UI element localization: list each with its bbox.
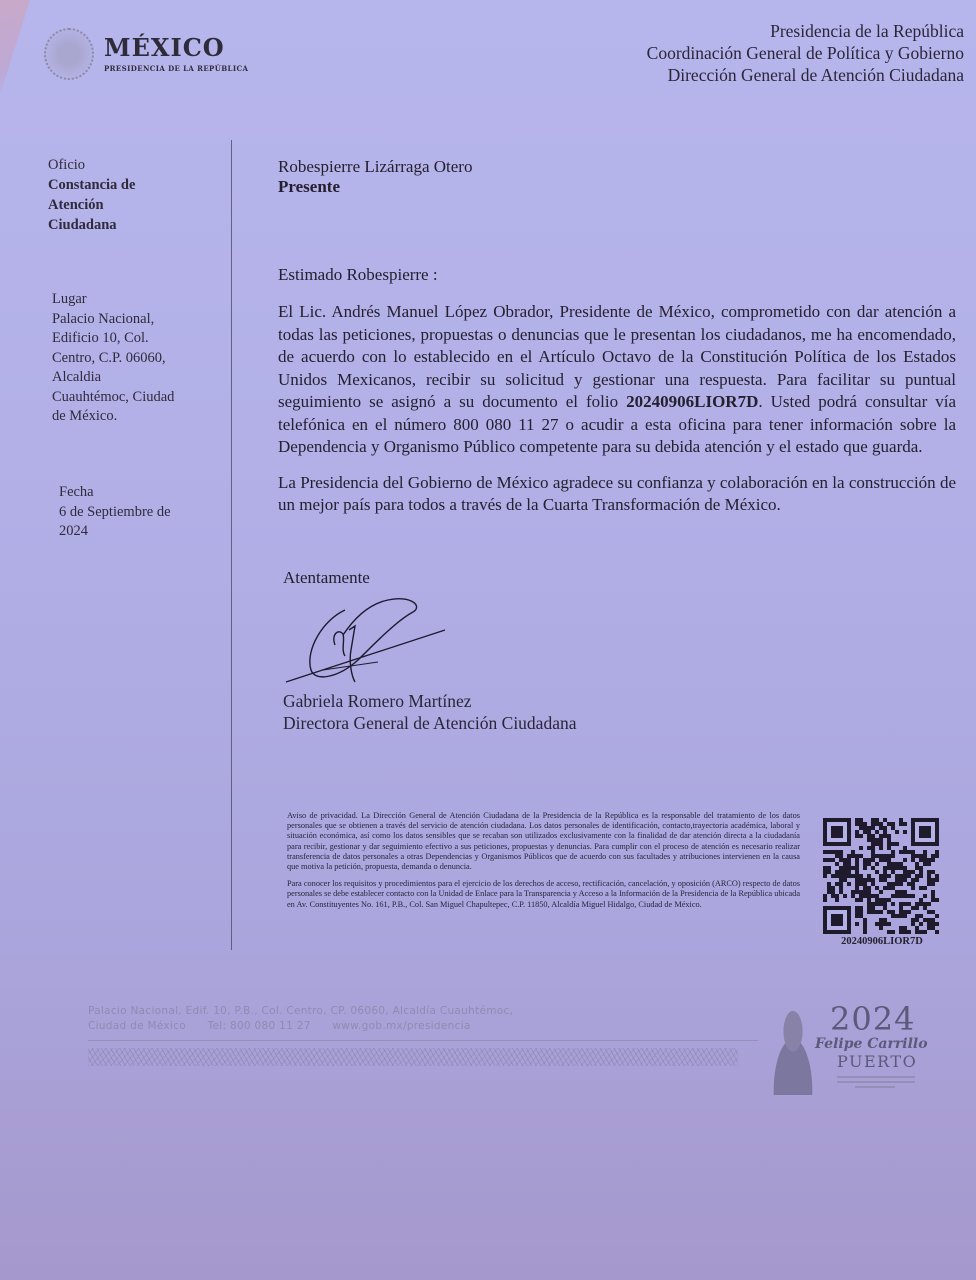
emblem-year: 2024 <box>830 1000 915 1038</box>
recipient-name: Robespierre Lizárraga Otero <box>278 157 956 177</box>
qr-folio-label: 20240906LIOR7D <box>827 936 937 947</box>
footer-website: www.gob.mx/presidencia <box>332 1020 470 1032</box>
logo-title: MÉXICO <box>104 35 248 61</box>
portrait-icon <box>763 1010 823 1095</box>
institution-line: Coordinación General de Política y Gobie… <box>647 42 964 64</box>
oficio-label: Oficio <box>48 155 223 175</box>
decorative-pattern <box>88 1048 738 1066</box>
letter-body: Robespierre Lizárraga Otero Presente Est… <box>278 157 956 517</box>
fecha-label: Fecha <box>59 483 219 503</box>
recipient-status: Presente <box>278 177 956 197</box>
national-seal-icon <box>44 28 94 80</box>
lugar-line: Cuauhtémoc, Ciudad <box>52 388 212 408</box>
qr-code-icon <box>823 818 939 934</box>
signer-name: Gabriela Romero Martínez <box>283 690 576 712</box>
page-corner-shadow <box>0 0 30 95</box>
oficio-title-line: Ciudadana <box>48 215 223 235</box>
lugar-line: Palacio Nacional, <box>52 310 212 330</box>
mexico-logo: MÉXICO PRESIDENCIA DE LA REPÚBLICA <box>44 28 248 80</box>
oficio-title-line: Atención <box>48 195 223 215</box>
emblem-name-first: Felipe Carrillo <box>815 1036 928 1052</box>
institution-line: Presidencia de la República <box>647 20 964 42</box>
privacy-text: Aviso de privacidad. La Dirección Genera… <box>287 811 800 872</box>
sidebar-lugar: Lugar Palacio Nacional, Edificio 10, Col… <box>52 290 212 427</box>
signer-block: Gabriela Romero Martínez Directora Gener… <box>283 690 576 734</box>
lugar-line: Alcaldia <box>52 368 212 388</box>
paragraph-thanks: La Presidencia del Gobierno de México ag… <box>278 472 956 517</box>
privacy-notice: Aviso de privacidad. La Dirección Genera… <box>287 811 800 917</box>
oficio-title-line: Constancia de <box>48 175 223 195</box>
lugar-line: Edificio 10, Col. <box>52 329 212 349</box>
paragraph-main: El Lic. Andrés Manuel López Obrador, Pre… <box>278 301 956 459</box>
greeting: Estimado Robespierre : <box>278 265 956 285</box>
emblem-caption-line <box>855 1086 895 1088</box>
lugar-line: Centro, C.P. 06060, <box>52 349 212 369</box>
signer-title: Directora General de Atención Ciudadana <box>283 712 576 734</box>
footer-divider <box>88 1040 758 1041</box>
footer-city: Ciudad de México <box>88 1020 186 1032</box>
emblem-caption-line <box>837 1081 915 1083</box>
arco-text: Para conocer los requisitos y procedimie… <box>287 879 800 910</box>
signature-icon <box>283 590 463 690</box>
sidebar-fecha: Fecha 6 de Septiembre de 2024 <box>59 483 219 542</box>
emblem-caption-line <box>837 1076 915 1078</box>
fecha-line: 6 de Septiembre de <box>59 503 219 523</box>
logo-subtitle: PRESIDENCIA DE LA REPÚBLICA <box>104 64 248 73</box>
lugar-line: de México. <box>52 407 212 427</box>
emblem-name-last: PUERTO <box>837 1052 917 1071</box>
fecha-line: 2024 <box>59 522 219 542</box>
emblem-2024: 2024 Felipe Carrillo PUERTO <box>745 1000 970 1100</box>
vertical-divider <box>231 140 232 950</box>
folio-number: 20240906LIOR7D <box>626 392 758 411</box>
recipient-block: Robespierre Lizárraga Otero Presente <box>278 157 956 197</box>
footer-address: Palacio Nacional, Edif. 10, P.B., Col. C… <box>88 1004 513 1034</box>
lugar-label: Lugar <box>52 290 212 310</box>
closing: Atentamente <box>283 568 370 588</box>
institution-line: Dirección General de Atención Ciudadana <box>647 64 964 86</box>
footer-phone: Tel: 800 080 11 27 <box>208 1020 311 1032</box>
sidebar-oficio: Oficio Constancia de Atención Ciudadana <box>48 155 223 235</box>
footer-address-line: Palacio Nacional, Edif. 10, P.B., Col. C… <box>88 1004 513 1019</box>
institution-header: Presidencia de la República Coordinación… <box>647 20 964 86</box>
